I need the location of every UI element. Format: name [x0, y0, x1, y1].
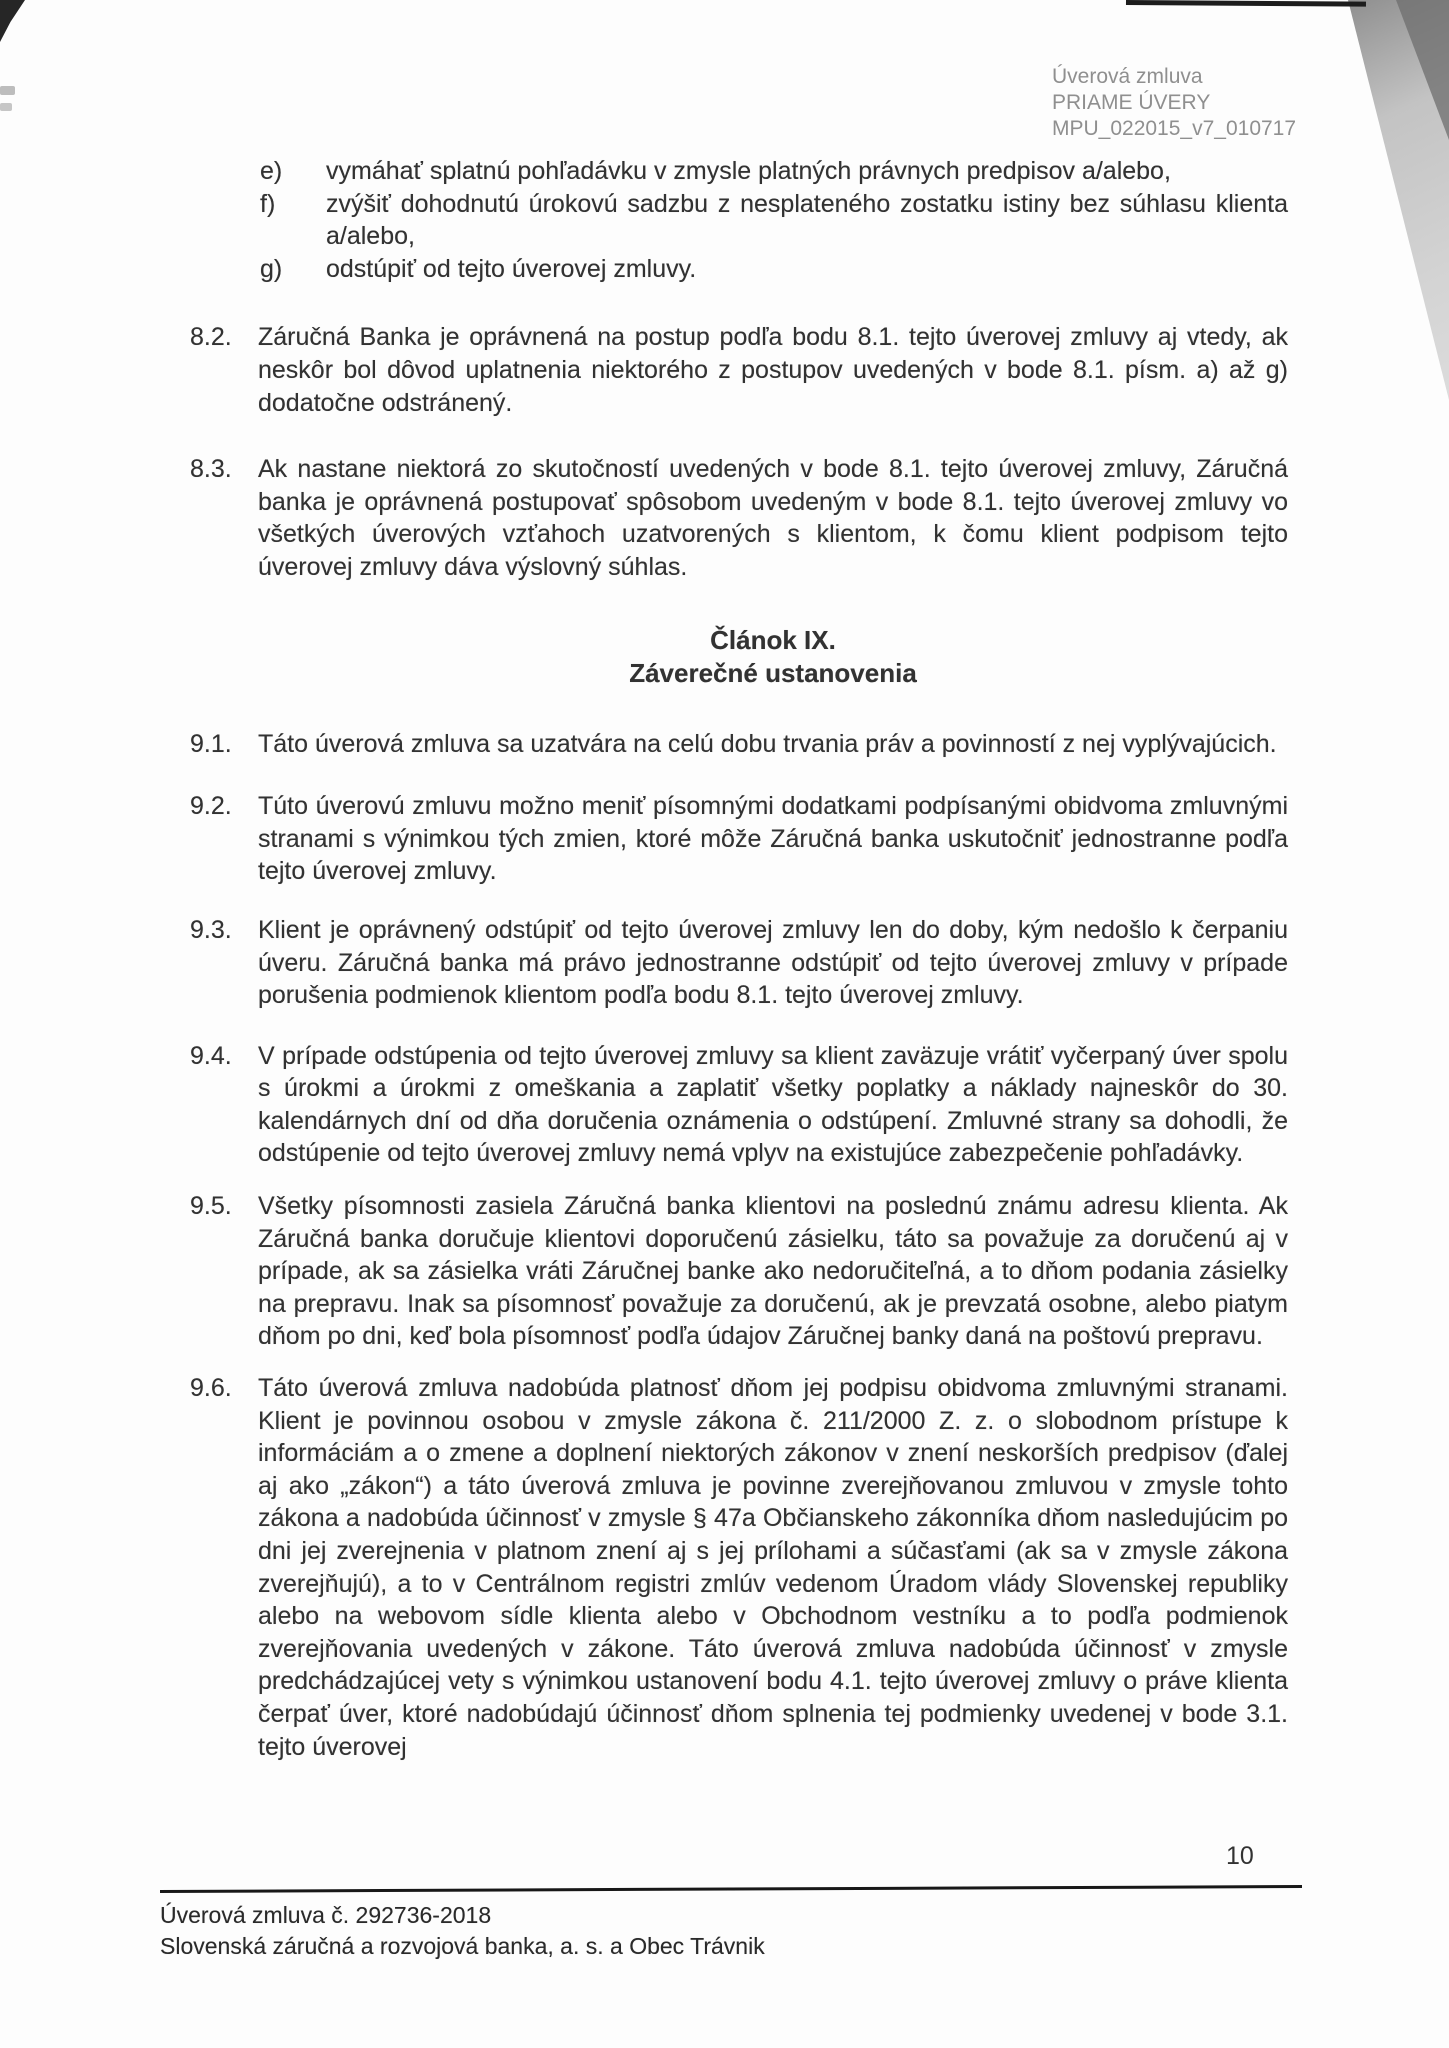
paragraph-number: 8.3.	[190, 453, 232, 486]
list-text: vymáhať splatnú pohľadávku v zmysle plat…	[326, 157, 1171, 185]
paragraph-9-5: 9.5. Všetky písomnosti zasiela Záručná b…	[258, 1190, 1288, 1353]
header-template-code: MPU_022015_v7_010717	[1052, 116, 1296, 142]
footer-contract-number: Úverová zmluva č. 292736-2018	[160, 1901, 491, 1929]
paragraph-8-3: 8.3. Ak nastane niektorá zo skutočností …	[258, 453, 1288, 583]
paragraph-8-2: 8.2. Záručná Banka je oprávnená na postu…	[258, 321, 1288, 419]
paragraph-number: 9.3.	[190, 914, 232, 947]
article-subtitle: Záverečné ustanovenia	[258, 657, 1288, 690]
list-item-f: f) zvýšiť dohodnutú úrokovú sadzbu z nes…	[258, 188, 1288, 253]
paragraph-number: 9.4.	[190, 1040, 232, 1073]
paragraph-number: 9.2.	[190, 790, 232, 823]
left-edge-smudge	[0, 103, 12, 111]
footer-divider	[160, 1885, 1302, 1893]
paragraph-text: Ak nastane niektorá zo skutočností uvede…	[258, 455, 1288, 581]
footer-contract-parties: Slovenská záručná a rozvojová banka, a. …	[160, 1932, 765, 1960]
paragraph-9-2: 9.2. Túto úverovú zmluvu možno meniť pís…	[258, 790, 1288, 888]
paragraph-number: 9.5.	[190, 1190, 232, 1223]
list-item-e: e) vymáhať splatnú pohľadávku v zmysle p…	[258, 155, 1288, 188]
paragraph-9-3: 9.3. Klient je oprávnený odstúpiť od tej…	[258, 914, 1288, 1012]
document-header: Úverová zmluva PRIAME ÚVERY MPU_022015_v…	[1052, 64, 1296, 142]
paragraph-text: Záručná Banka je oprávnená na postup pod…	[258, 323, 1288, 416]
paragraph-text: Klient je oprávnený odstúpiť od tejto úv…	[258, 916, 1288, 1009]
paragraph-9-4: 9.4. V prípade odstúpenia od tejto úvero…	[258, 1040, 1288, 1170]
article-title: Článok IX.	[258, 624, 1288, 657]
article-heading: Článok IX. Záverečné ustanovenia	[258, 624, 1288, 690]
paragraph-text: Túto úverovú zmluvu možno meniť písomným…	[258, 792, 1288, 885]
paragraph-number: 9.6.	[190, 1372, 232, 1405]
top-left-scan-mark	[0, 0, 25, 42]
paragraph-text: Všetky písomnosti zasiela Záručná banka …	[258, 1192, 1288, 1350]
list-letter: e)	[260, 155, 282, 188]
list-text: zvýšiť dohodnutú úrokovú sadzbu z nespla…	[326, 190, 1288, 251]
paragraph-number: 9.1.	[190, 728, 232, 761]
list-letter: f)	[260, 188, 275, 221]
list-letter: g)	[260, 253, 282, 286]
paragraph-9-1: 9.1. Táto úverová zmluva sa uzatvára na …	[258, 728, 1288, 761]
paragraph-text: Táto úverová zmluva nadobúda platnosť dň…	[258, 1374, 1288, 1761]
list-text: odstúpiť od tejto úverovej zmluvy.	[326, 255, 696, 283]
header-product-name: PRIAME ÚVERY	[1052, 90, 1296, 116]
page-number: 10	[1226, 1842, 1254, 1871]
top-edge-scan-artifact	[1126, 0, 1366, 7]
header-doc-type: Úverová zmluva	[1052, 64, 1296, 90]
scanned-contract-page: Úverová zmluva PRIAME ÚVERY MPU_022015_v…	[0, 0, 1449, 2048]
clause-list-8-1: e) vymáhať splatnú pohľadávku v zmysle p…	[258, 155, 1288, 285]
list-item-g: g) odstúpiť od tejto úverovej zmluvy.	[258, 253, 1288, 286]
paragraph-text: Táto úverová zmluva sa uzatvára na celú …	[258, 730, 1277, 758]
paragraph-9-6: 9.6. Táto úverová zmluva nadobúda platno…	[258, 1372, 1288, 1763]
paragraph-text: V prípade odstúpenia od tejto úverovej z…	[258, 1042, 1288, 1168]
left-edge-smudge	[0, 86, 15, 95]
paragraph-number: 8.2.	[190, 321, 232, 354]
document-body: e) vymáhať splatnú pohľadávku v zmysle p…	[258, 155, 1288, 1763]
